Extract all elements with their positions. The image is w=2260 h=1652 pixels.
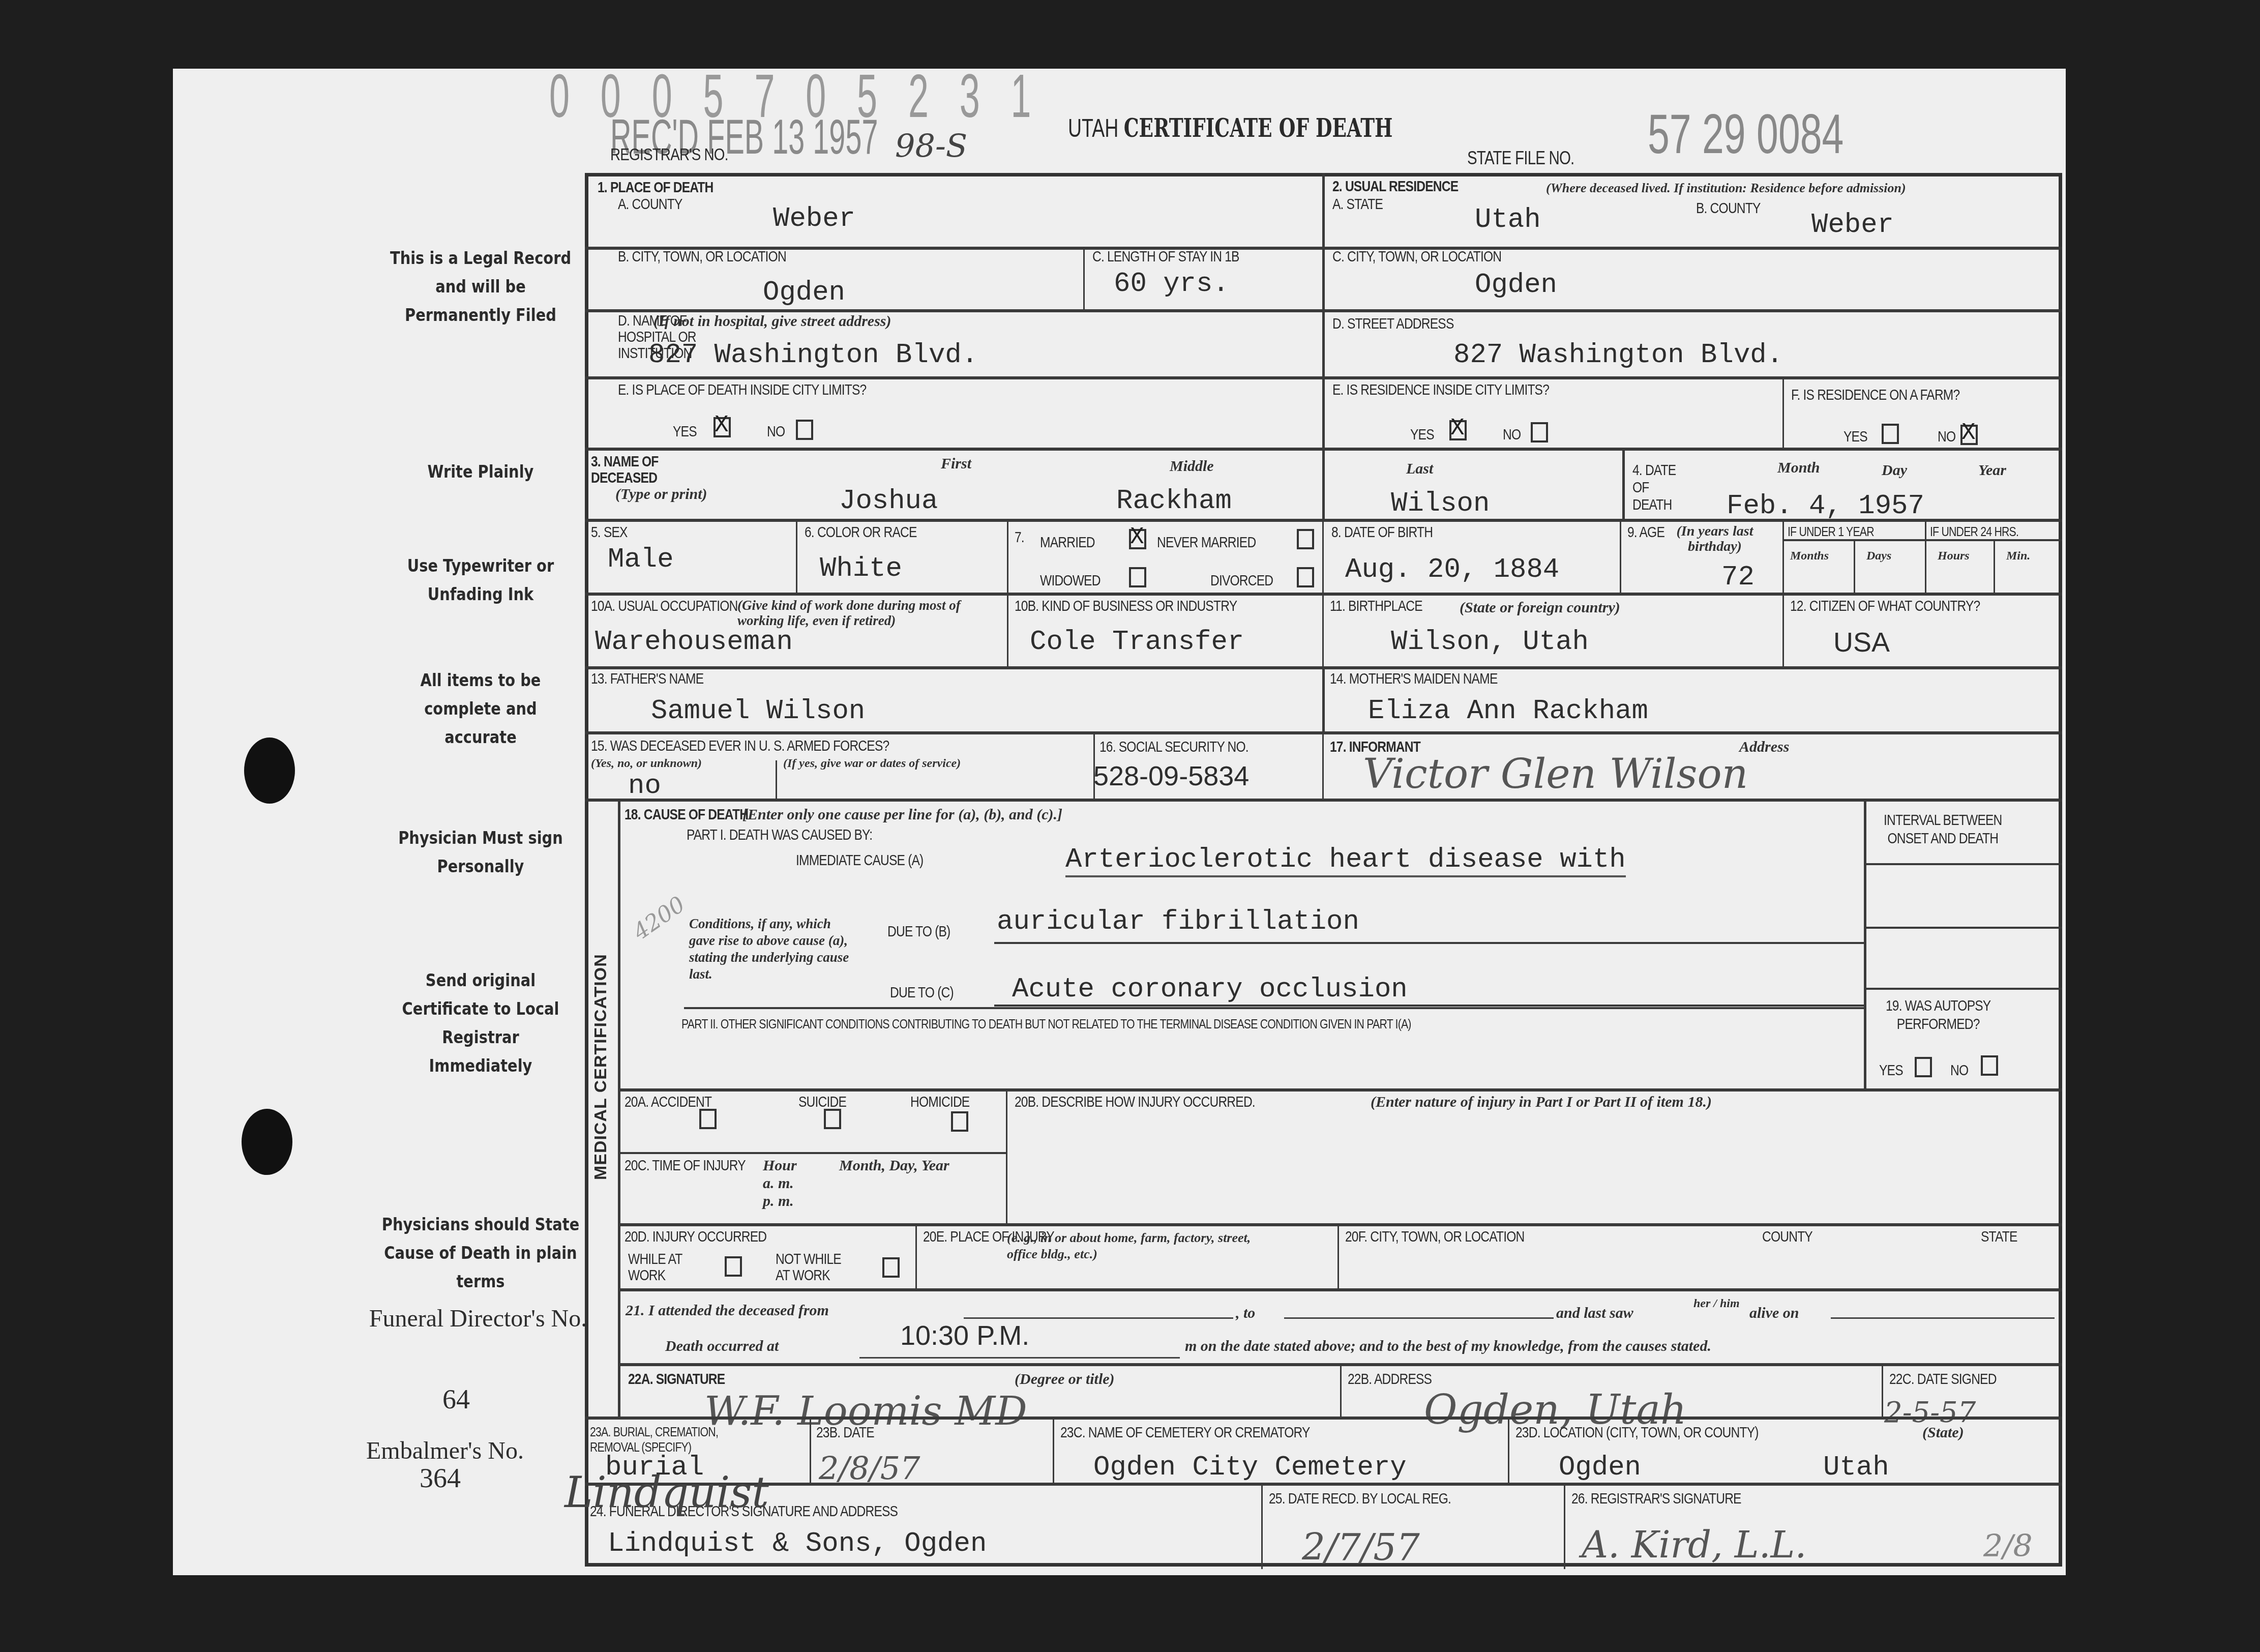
injury-occurred-label: 20d. INJURY OCCURRED <box>625 1228 766 1246</box>
race-label: 6. COLOR OR RACE <box>805 524 917 541</box>
immediate-cause-label: IMMEDIATE CAUSE (a) <box>796 852 923 869</box>
her-him-label: her / him <box>1693 1297 1740 1311</box>
registrars-no-label: REGISTRAR'S NO. <box>610 145 728 165</box>
injury-state-label: STATE <box>1981 1228 2017 1246</box>
not-while-at-work-label: NOT WHILE AT WORK <box>776 1251 842 1284</box>
yes-label: YES <box>673 423 697 440</box>
armed-forces-hint-2: (If yes, give war or dates of service) <box>783 757 961 771</box>
yes-label: YES <box>1843 428 1867 446</box>
yes-label: YES <box>1410 426 1434 444</box>
no-label: NO <box>1938 428 1955 446</box>
title-main: CERTIFICATE OF DEATH <box>1124 113 1393 143</box>
res-city-label: c. CITY, TOWN, OR LOCATION <box>1332 248 1501 265</box>
ssn-label: 16. SOCIAL SECURITY NO. <box>1099 739 1248 756</box>
punch-hole-top <box>244 737 295 804</box>
death-time-value[interactable]: 10:30 P.M. <box>900 1320 1029 1351</box>
business-value[interactable]: Cole Transfer <box>1030 627 1244 658</box>
res-inside-limits-yes-checkbox[interactable] <box>1449 420 1467 440</box>
armed-forces-label: 15. WAS DECEASED EVER IN U. S. ARMED FOR… <box>591 737 889 755</box>
injury-how-label: 20b. DESCRIBE HOW INJURY OCCURRED. <box>1015 1094 1255 1111</box>
mother-label: 14. MOTHER'S MAIDEN NAME <box>1330 670 1497 688</box>
attended-text-1: 21. I attended the deceased from <box>626 1302 829 1319</box>
no-label: NO <box>1503 426 1521 444</box>
stay-label: c. LENGTH OF STAY IN 1b <box>1092 248 1239 265</box>
punch-hole-bottom <box>242 1109 292 1175</box>
business-label: 10b. KIND OF BUSINESS OR INDUSTRY <box>1015 598 1237 615</box>
res-street-value[interactable]: 827 Washington Blvd. <box>1453 340 1783 371</box>
side-note-legal-record: This is a Legal Record and will be Perma… <box>390 244 572 330</box>
time-of-injury-label: 20c. TIME OF INJURY <box>625 1157 746 1174</box>
due-to-c-label: DUE TO (c) <box>890 984 954 1001</box>
death-inside-limits-label: e. IS PLACE OF DEATH INSIDE CITY LIMITS? <box>618 381 866 399</box>
widowed-label: WIDOWED <box>1040 572 1101 589</box>
citizen-label: 12. CITIZEN OF WHAT COUNTRY? <box>1790 598 1980 615</box>
injury-how-hint: (Enter nature of injury in Part I or Par… <box>1371 1094 1712 1111</box>
month-day-year-label: Month, Day, Year <box>839 1157 949 1174</box>
mother-value[interactable]: Eliza Ann Rackham <box>1368 696 1648 727</box>
suicide-label: SUICIDE <box>798 1094 846 1111</box>
am-label: a. m. <box>763 1175 794 1192</box>
never-married-checkbox[interactable] <box>1297 529 1314 549</box>
armed-forces-hint-1: (Yes, no, or unknown) <box>591 757 702 771</box>
death-city-value[interactable]: Ogden <box>763 277 845 308</box>
race-value[interactable]: White <box>820 553 902 584</box>
side-note-cause-plain: Physicians should State Cause of Death i… <box>375 1211 587 1296</box>
birthplace-label: 11. BIRTHPLACE <box>1330 598 1422 615</box>
burial-date-value[interactable]: 2/8/57 <box>819 1450 920 1487</box>
occupation-label: 10a. USUAL OCCUPATION <box>591 598 738 615</box>
birthplace-hint: (State or foreign country) <box>1460 599 1620 616</box>
stay-value[interactable]: 60 yrs. <box>1114 269 1229 300</box>
injury-city-label: 20f. CITY, TOWN, OR LOCATION <box>1345 1228 1524 1246</box>
armed-forces-value[interactable]: no <box>628 771 661 802</box>
autopsy-yes-checkbox[interactable] <box>1915 1057 1932 1077</box>
date-of-death-label: 4. DATE OF DEATH <box>1632 462 1682 514</box>
never-married-label: NEVER MARRIED <box>1157 534 1256 551</box>
hours-label: Hours <box>1938 549 1970 563</box>
burial-type-label: 23a. BURIAL, CREMATION, REMOVAL (Specify… <box>590 1424 757 1455</box>
side-note-complete: All items to be complete and accurate <box>390 666 572 752</box>
res-county-value[interactable]: Weber <box>1811 210 1894 241</box>
part-1-label: PART I. DEATH WAS CAUSED BY: <box>687 827 872 844</box>
middle-name-label: Middle <box>1170 458 1214 475</box>
occupation-hint: (Give kind of work done during most of w… <box>737 598 1002 628</box>
under-24-hrs-label: IF UNDER 24 HRS. <box>1930 524 2018 540</box>
place-of-injury-hint: (e. g., in or about home, farm, factory,… <box>1007 1230 1251 1262</box>
middle-name-value[interactable]: Rackham <box>1116 486 1232 517</box>
divorced-checkbox[interactable] <box>1297 567 1314 587</box>
death-inside-limits-no-checkbox[interactable] <box>796 420 813 440</box>
last-name-label: Last <box>1406 460 1433 478</box>
not-while-at-work-checkbox[interactable] <box>882 1257 900 1278</box>
day-label: Day <box>1882 462 1907 479</box>
signature-label: 22a. SIGNATURE <box>628 1371 725 1388</box>
side-note-typewriter: Use Typewriter or Unfading Ink <box>390 552 572 609</box>
res-county-label: b. COUNTY <box>1696 200 1761 217</box>
sex-label: 5. SEX <box>591 524 628 541</box>
year-label: Year <box>1978 462 2006 479</box>
divorced-label: DIVORCED <box>1210 572 1273 589</box>
embalmer-label: Embalmer's No. <box>366 1437 524 1465</box>
attended-to-field[interactable] <box>1284 1317 1554 1319</box>
due-to-c-value[interactable]: Acute coronary occlusion <box>1012 974 1408 1005</box>
homicide-label: HOMICIDE <box>910 1094 969 1111</box>
due-to-b-value[interactable]: auricular fibrillation <box>997 906 1359 937</box>
date-signed-label: 22c. DATE SIGNED <box>1889 1371 1997 1388</box>
medical-certification-label: MEDICAL CERTIFICATION <box>591 954 611 1180</box>
date-of-death-value[interactable]: Feb. 4, 1957 <box>1727 491 1924 522</box>
cemetery-value[interactable]: Ogden City Cemetery <box>1093 1452 1407 1483</box>
while-at-work-label: WHILE AT WORK <box>628 1251 687 1284</box>
funeral-director-value[interactable]: Lindquist & Sons, Ogden <box>608 1528 987 1559</box>
registrar-signature[interactable]: A. Kird, L.L. <box>1582 1523 1806 1566</box>
degree-label: (Degree or title) <box>1015 1371 1115 1388</box>
burial-location-state[interactable]: Utah <box>1823 1452 1889 1483</box>
autopsy-no-checkbox[interactable] <box>1981 1055 1998 1076</box>
first-name-value[interactable]: Joshua <box>839 486 938 517</box>
funeral-director-label: Funeral Director's No. <box>356 1305 600 1333</box>
dob-value[interactable]: Aug. 20, 1884 <box>1345 554 1559 585</box>
marital-label: 7. <box>1015 529 1024 546</box>
injury-county-label: COUNTY <box>1762 1228 1812 1246</box>
while-at-work-checkbox[interactable] <box>725 1256 742 1277</box>
deceased-name-hint: (Type or print) <box>615 486 707 503</box>
funeral-director-signature[interactable]: Lindquist <box>564 1467 769 1517</box>
sex-value[interactable]: Male <box>608 544 674 575</box>
last-name-value[interactable]: Wilson <box>1391 488 1490 519</box>
accident-checkbox[interactable] <box>699 1109 717 1129</box>
embalmer-number: 364 <box>420 1462 461 1494</box>
res-farm-yes-checkbox[interactable] <box>1882 424 1899 444</box>
interval-label: INTERVAL BETWEEN ONSET AND DEATH <box>1874 811 2012 848</box>
hospital-value[interactable]: 827 Washington Blvd. <box>648 340 978 371</box>
married-checkbox[interactable] <box>1129 529 1146 549</box>
cause-of-death-label: 18. CAUSE OF DEATH <box>625 806 748 823</box>
last-saw-alive-field[interactable] <box>1831 1317 2055 1319</box>
place-of-death-label: 1. PLACE OF DEATH <box>598 179 713 196</box>
homicide-checkbox[interactable] <box>951 1111 968 1132</box>
no-label: NO <box>1950 1062 1968 1079</box>
due-to-b-label: DUE TO (b) <box>887 923 950 940</box>
side-note-write-plainly: Write Plainly <box>390 458 572 486</box>
res-inside-limits-no-checkbox[interactable] <box>1531 422 1548 442</box>
death-occurred-label: Death occurred at <box>665 1338 779 1355</box>
attended-text-3: and last saw <box>1556 1305 1633 1322</box>
occupation-value[interactable]: Warehouseman <box>595 627 793 658</box>
res-street-label: d. STREET ADDRESS <box>1332 315 1454 333</box>
birthplace-value[interactable]: Wilson, Utah <box>1391 627 1589 658</box>
cemetery-label: 23c. NAME OF CEMETERY OR CREMATORY <box>1060 1424 1310 1441</box>
res-farm-no-checkbox[interactable] <box>1960 425 1978 445</box>
month-label: Month <box>1777 459 1820 477</box>
autopsy-label: 19. WAS AUTOPSY PERFORMED? <box>1871 997 2005 1034</box>
death-city-label: b. CITY, TOWN, OR LOCATION <box>618 248 786 265</box>
side-note-send-original: Send original Certificate to Local Regis… <box>390 966 572 1080</box>
res-state-value[interactable]: Utah <box>1475 204 1541 235</box>
part-2-label: PART II. OTHER SIGNIFICANT CONDITIONS CO… <box>681 1016 1411 1032</box>
days-label: Days <box>1866 549 1891 563</box>
accident-label: 20a. ACCIDENT <box>625 1094 711 1111</box>
state-file-label: STATE FILE NO. <box>1467 147 1574 169</box>
county-label: a. COUNTY <box>618 196 682 213</box>
title-state: UTAH <box>1068 114 1118 142</box>
date-recd-value[interactable]: 2/7/57 <box>1302 1526 1420 1569</box>
funeral-director-number: 64 <box>442 1383 470 1415</box>
yes-label: YES <box>1879 1062 1903 1079</box>
first-name-label: First <box>941 455 971 473</box>
attended-text-2: , to <box>1236 1305 1255 1322</box>
death-occurred-suffix: m on the date stated above; and to the b… <box>1185 1338 1711 1355</box>
res-farm-label: f. IS RESIDENCE ON A FARM? <box>1791 387 1959 404</box>
under-1-year-label: IF UNDER 1 YEAR <box>1788 524 1874 540</box>
burial-date-label: 23b. DATE <box>816 1424 874 1441</box>
burial-state-label: (State) <box>1922 1424 1964 1441</box>
deceased-name-label: 3. NAME OF DECEASED <box>591 454 682 486</box>
suicide-checkbox[interactable] <box>824 1109 841 1129</box>
age-hint: (In years last birthday) <box>1659 524 1771 554</box>
dob-label: 8. DATE OF BIRTH <box>1331 524 1433 541</box>
res-inside-limits-label: e. IS RESIDENCE INSIDE CITY LIMITS? <box>1332 381 1549 399</box>
informant-signature[interactable]: Victor Glen Wilson <box>1363 750 1748 798</box>
father-label: 13. FATHER'S NAME <box>591 670 703 688</box>
immediate-cause-value[interactable]: Arterioclerotic heart disease with <box>1065 844 1626 877</box>
min-label: Min. <box>2006 549 2030 563</box>
registrars-no-value: 98-S <box>895 127 967 164</box>
married-label: MARRIED <box>1040 534 1095 551</box>
usual-residence-hint: (Where deceased lived. If institution: R… <box>1546 181 1906 196</box>
attended-from-field[interactable] <box>964 1317 1233 1319</box>
citizen-value[interactable]: USA <box>1833 627 1890 658</box>
page-title: UTAH CERTIFICATE OF DEATH <box>1068 113 1393 143</box>
age-value[interactable]: 72 <box>1721 562 1755 593</box>
months-label: Months <box>1790 549 1829 563</box>
date-recd-label: 25. DATE RECD. BY LOCAL REG. <box>1269 1490 1451 1508</box>
death-county-value[interactable]: Weber <box>773 203 855 234</box>
attended-text-4: alive on <box>1749 1305 1799 1322</box>
registrar-signature-label: 26. REGISTRAR'S SIGNATURE <box>1571 1490 1741 1508</box>
usual-residence-label: 2. USUAL RESIDENCE <box>1332 178 1458 195</box>
hour-label: Hour <box>763 1157 797 1174</box>
death-inside-limits-yes-checkbox[interactable] <box>713 417 731 437</box>
father-value[interactable]: Samuel Wilson <box>651 696 865 727</box>
registrar-note: 2/8 <box>1983 1528 2033 1564</box>
burial-location-label: 23d. LOCATION (City, town, or county) <box>1515 1424 1759 1441</box>
cause-of-death-hint: [Enter only one cause per line for (a), … <box>742 806 1062 823</box>
no-label: NO <box>767 423 785 440</box>
conditions-note: Conditions, if any, which gave rise to a… <box>689 916 852 983</box>
res-city-value[interactable]: Ogden <box>1475 270 1557 301</box>
res-state-label: a. STATE <box>1332 196 1383 213</box>
state-file-value: 57 29 0084 <box>1648 102 1843 166</box>
ssn-value[interactable]: 528-09-5834 <box>1093 760 1249 792</box>
side-note-physician: Physician Must sign Personally <box>390 824 572 881</box>
pm-label: p. m. <box>763 1193 794 1210</box>
hospital-hint: (If not in hospital, give street address… <box>653 313 891 330</box>
burial-location-city[interactable]: Ogden <box>1559 1452 1641 1483</box>
physician-address-label: 22b. ADDRESS <box>1348 1371 1432 1388</box>
widowed-checkbox[interactable] <box>1129 567 1146 587</box>
